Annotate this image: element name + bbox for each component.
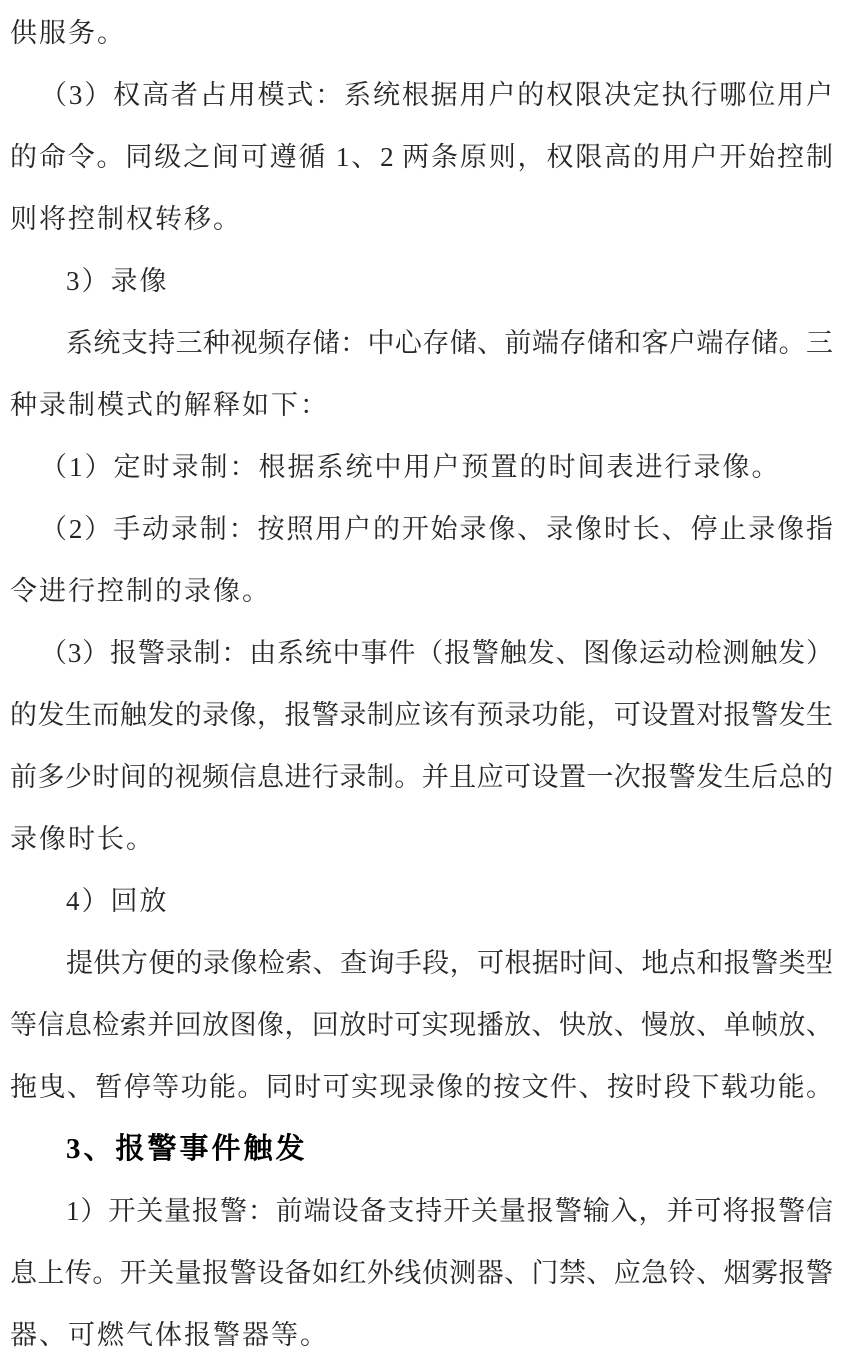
- text-line: 4）回放: [10, 870, 833, 932]
- text-line: 的发生而触发的录像，报警录制应该有预录功能，可设置对报警发生: [10, 684, 833, 746]
- text-line: 令进行控制的录像。: [10, 560, 833, 622]
- text-line: 拖曳、暂停等功能。同时可实现录像的按文件、按时段下载功能。: [10, 1056, 833, 1118]
- text-line: 则将控制权转移。: [10, 188, 833, 250]
- text-line: 3）录像: [10, 250, 833, 312]
- text-line: 的命令。同级之间可遵循 1、2 两条原则，权限高的用户开始控制时，: [10, 126, 833, 188]
- text-line: （2）手动录制：按照用户的开始录像、录像时长、停止录像指: [10, 498, 833, 560]
- text-line: 提供方便的录像检索、查询手段，可根据时间、地点和报警类型: [10, 932, 833, 994]
- text-line: 等信息检索并回放图像，回放时可实现播放、快放、慢放、单帧放、: [10, 994, 833, 1056]
- text-line: 系统支持三种视频存储：中心存储、前端存储和客户端存储。三: [10, 312, 833, 374]
- text-line: 前多少时间的视频信息进行录制。并且应可设置一次报警发生后总的: [10, 746, 833, 808]
- text-line: 录像时长。: [10, 808, 833, 870]
- text-line: 供服务。: [10, 2, 833, 64]
- text-line: （3）报警录制：由系统中事件（报警触发、图像运动检测触发）: [10, 622, 833, 684]
- section-heading: 3、报警事件触发: [10, 1118, 833, 1180]
- document-page: 供服务。（3）权高者占用模式：系统根据用户的权限决定执行哪位用户的命令。同级之间…: [0, 0, 843, 1365]
- text-line: （1）定时录制：根据系统中用户预置的时间表进行录像。: [10, 436, 833, 498]
- text-line: （3）权高者占用模式：系统根据用户的权限决定执行哪位用户: [10, 64, 833, 126]
- text-line: 息上传。开关量报警设备如红外线侦测器、门禁、应急铃、烟雾报警: [10, 1242, 833, 1304]
- text-line: 种录制模式的解释如下：: [10, 374, 833, 436]
- document-text-block: 供服务。（3）权高者占用模式：系统根据用户的权限决定执行哪位用户的命令。同级之间…: [0, 0, 843, 1365]
- text-line: 器、可燃气体报警器等。: [10, 1304, 833, 1365]
- text-line: 1）开关量报警：前端设备支持开关量报警输入，并可将报警信: [10, 1180, 833, 1242]
